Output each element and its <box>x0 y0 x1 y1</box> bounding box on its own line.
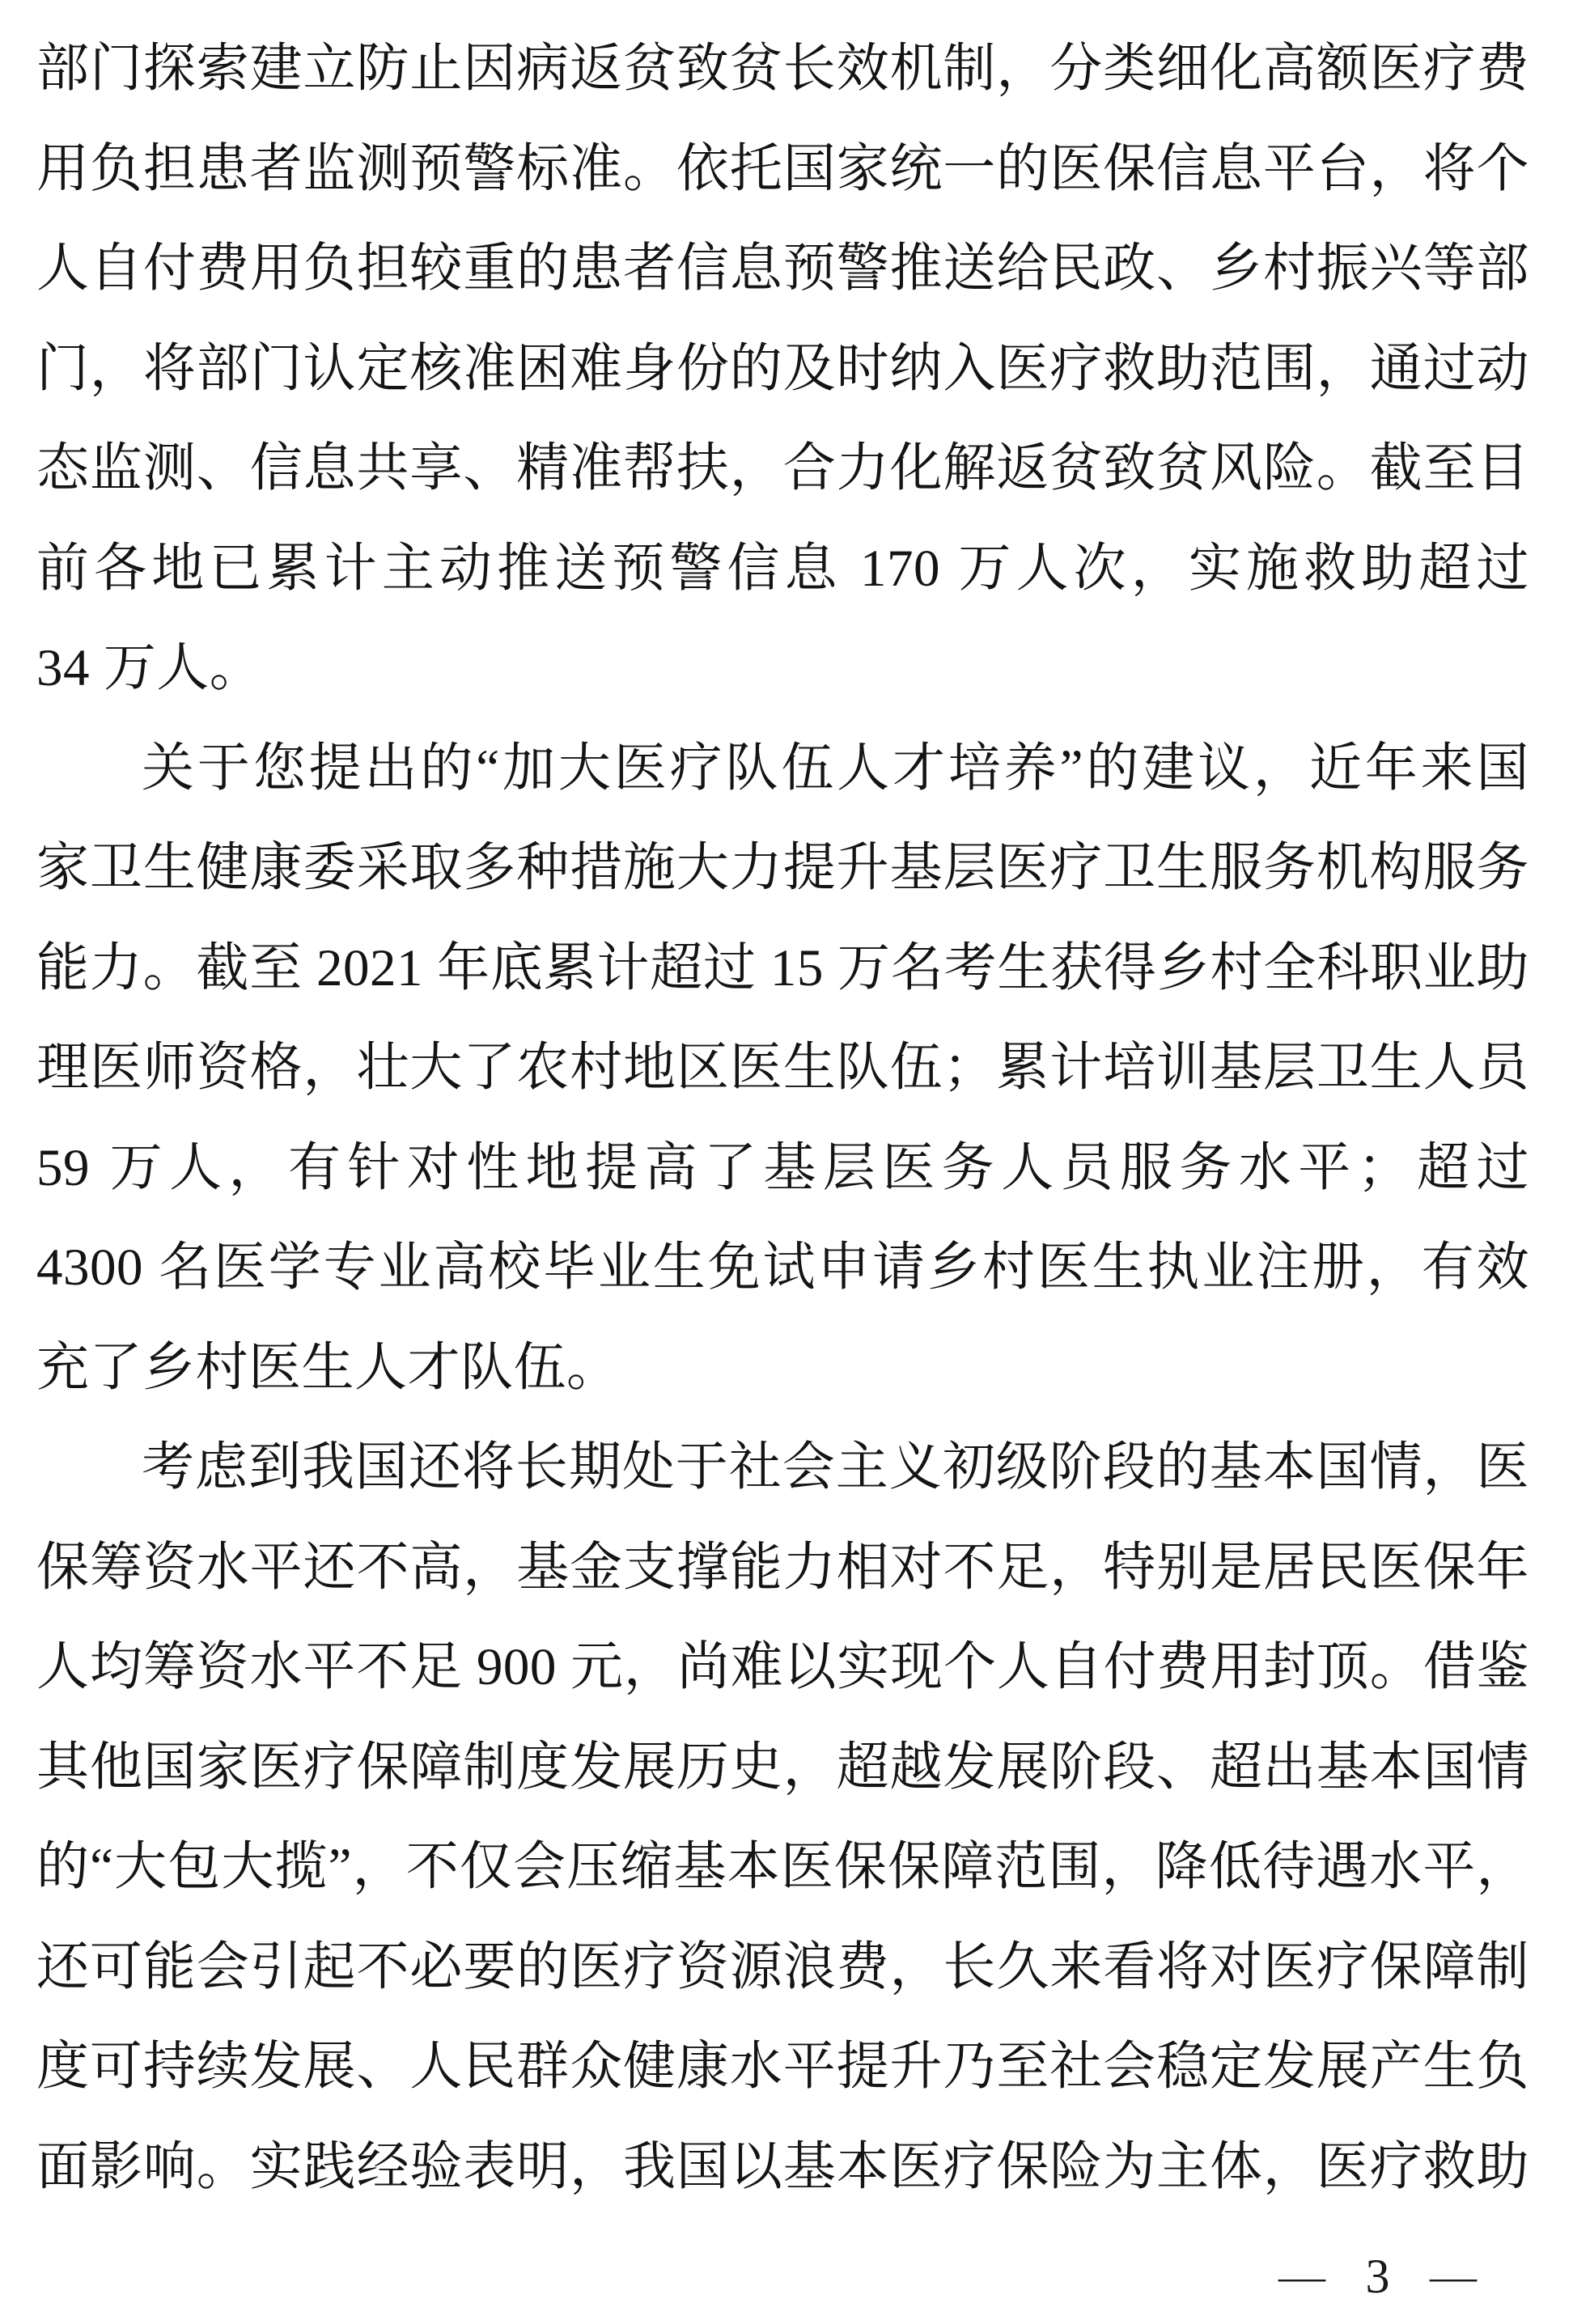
text-line: 理医师资格，壮大了农村地区医生队伍；累计培训基层卫生人员 <box>36 1018 1529 1119</box>
text-line: 用负担患者监测预警标准。依托国家统一的医保信息平台，将个 <box>36 120 1529 220</box>
text-line: 人自付费用负担较重的患者信息预警推送给民政、乡村振兴等部 <box>36 219 1529 320</box>
text-line: 保筹资水平还不高，基金支撑能力相对不足，特别是居民医保年 <box>36 1518 1529 1619</box>
document-body: 部门探索建立防止因病返贫致贫长效机制，分类细化高额医疗费 用负担患者监测预警标准… <box>36 19 1529 2217</box>
document-page: 部门探索建立防止因病返贫致贫长效机制，分类细化高额医疗费 用负担患者监测预警标准… <box>0 0 1573 2324</box>
text-line: 充了乡村医生人才队伍。 <box>36 1319 1529 1419</box>
text-line: 4300 名医学专业高校毕业生免试申请乡村医生执业注册，有效补 <box>36 1218 1529 1319</box>
text-line: 家卫生健康委采取多种措施大力提升基层医疗卫生服务机构服务 <box>36 819 1529 919</box>
text-line: 门，将部门认定核准困难身份的及时纳入医疗救助范围，通过动 <box>36 320 1529 420</box>
footer-dash-left: — <box>1278 2254 1325 2300</box>
text-line: 59 万人，有针对性地提高了基层医务人员服务水平；超过 <box>36 1119 1529 1219</box>
text-line: 的“大包大揽”，不仅会压缩基本医保保障范围，降低待遇水平， <box>36 1818 1529 1918</box>
text-line: 还可能会引起不必要的医疗资源浪费，长久来看将对医疗保障制 <box>36 1918 1529 2018</box>
text-line: 其他国家医疗保障制度发展历史，超越发展阶段、超出基本国情 <box>36 1718 1529 1818</box>
text-line: 能力。截至 2021 年底累计超过 15 万名考生获得乡村全科职业助 <box>36 919 1529 1019</box>
text-line: 面影响。实践经验表明，我国以基本医疗保险为主体，医疗救助 <box>36 2118 1529 2218</box>
text-line-paragraph-start: 关于您提出的“加大医疗队伍人才培养”的建议，近年来国 <box>36 719 1529 819</box>
page-footer: — 3 — <box>1278 2239 1477 2313</box>
text-line: 部门探索建立防止因病返贫致贫长效机制，分类细化高额医疗费 <box>36 19 1529 120</box>
text-line: 34 万人。 <box>36 619 1529 719</box>
text-line: 人均筹资水平不足 900 元，尚难以实现个人自付费用封顶。借鉴 <box>36 1618 1529 1718</box>
text-line: 前各地已累计主动推送预警信息 170 万人次，实施救助超过 <box>36 519 1529 620</box>
page-number: 3 <box>1366 2249 1390 2305</box>
text-line: 度可持续发展、人民群众健康水平提升乃至社会稳定发展产生负 <box>36 2017 1529 2118</box>
text-line-paragraph-start: 考虑到我国还将长期处于社会主义初级阶段的基本国情，医 <box>36 1418 1529 1518</box>
text-line: 态监测、信息共享、精准帮扶，合力化解返贫致贫风险。截至目 <box>36 419 1529 519</box>
footer-dash-right: — <box>1430 2254 1477 2300</box>
